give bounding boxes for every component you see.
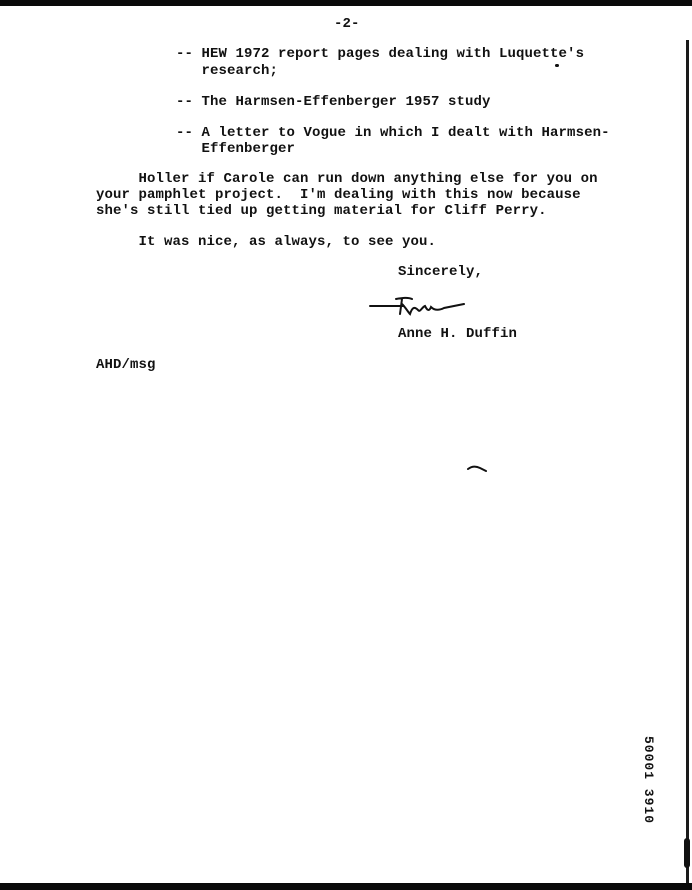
page-number: -2-: [334, 16, 360, 32]
list-item-continuation: research;: [176, 63, 278, 79]
signature-icon: [368, 294, 518, 324]
scan-border-bottom: [0, 883, 692, 890]
paragraph-line: Holler if Carole can run down anything e…: [96, 171, 598, 187]
paragraph-line: It was nice, as always, to see you.: [96, 234, 436, 250]
list-item: -- HEW 1972 report pages dealing with Lu…: [176, 46, 584, 62]
paragraph-line: your pamphlet project. I'm dealing with …: [96, 187, 581, 203]
signer-name: Anne H. Duffin: [398, 326, 517, 342]
paragraph-line: she's still tied up getting material for…: [96, 203, 547, 219]
list-item: -- A letter to Vogue in which I dealt wi…: [176, 125, 610, 141]
closing: Sincerely,: [398, 264, 483, 280]
scan-border-right: [686, 40, 689, 883]
scan-border-top: [0, 0, 692, 6]
scan-artifact: [684, 838, 690, 868]
pen-mark-icon: [466, 464, 490, 474]
document-stamp: 50001 3910: [641, 736, 656, 824]
reference-initials: AHD/msg: [96, 357, 156, 373]
list-item-continuation: Effenberger: [176, 141, 295, 157]
list-item: -- The Harmsen-Effenberger 1957 study: [176, 94, 491, 110]
ink-speck: [555, 64, 559, 67]
